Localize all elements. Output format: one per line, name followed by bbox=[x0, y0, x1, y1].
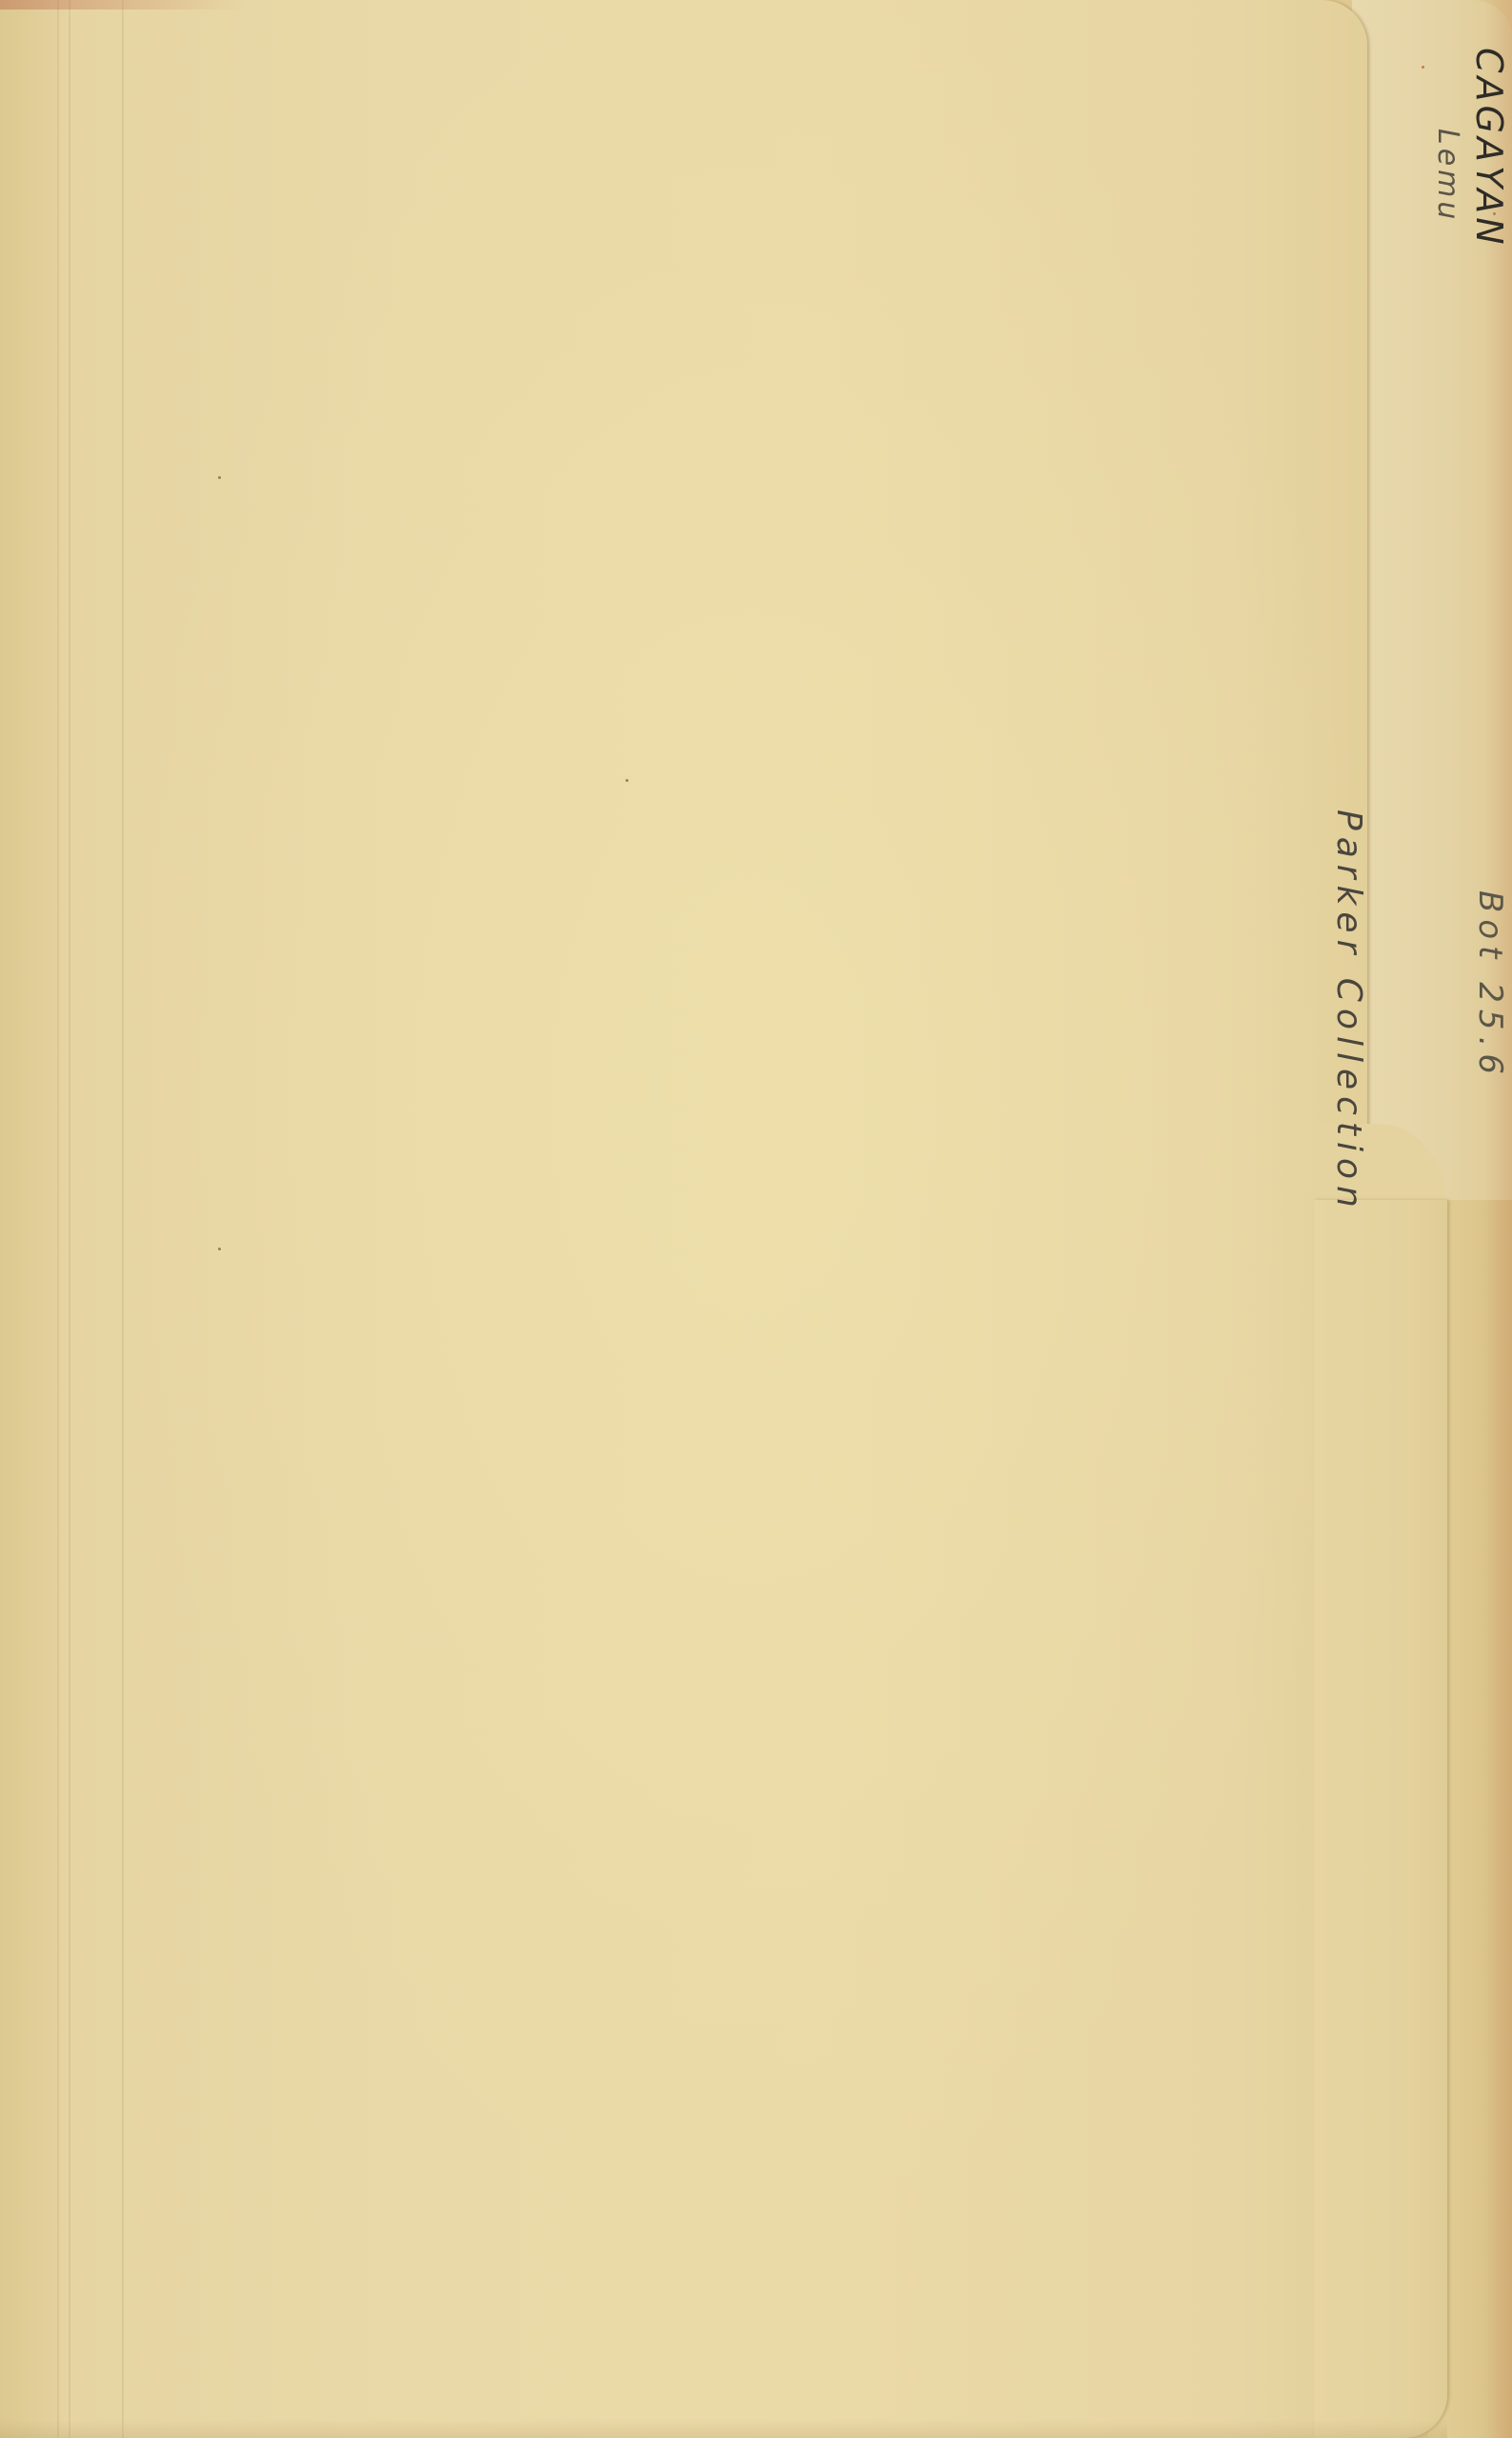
folder-bottom-edge bbox=[0, 2419, 1447, 2438]
dust-speck bbox=[218, 1248, 221, 1250]
edge-stain bbox=[1485, 0, 1512, 2438]
tab-label-sublocation: Lemu bbox=[1431, 129, 1464, 223]
dust-speck bbox=[218, 476, 221, 479]
catalog-code-label: Bot 25.6 bbox=[1471, 890, 1509, 1081]
edge-stain bbox=[0, 0, 248, 10]
collection-label: Parker Collection bbox=[1329, 809, 1368, 1214]
dust-speck bbox=[626, 779, 628, 782]
folder-front-lower-extension bbox=[1314, 1200, 1447, 2438]
tab-label-location: CAGAYAN bbox=[1468, 48, 1510, 249]
folder-front-panel bbox=[0, 0, 1367, 2438]
fold-score-line bbox=[69, 0, 70, 2438]
fold-score-line bbox=[122, 0, 124, 2438]
fold-score-line bbox=[57, 0, 59, 2438]
dust-speck bbox=[1422, 66, 1424, 69]
